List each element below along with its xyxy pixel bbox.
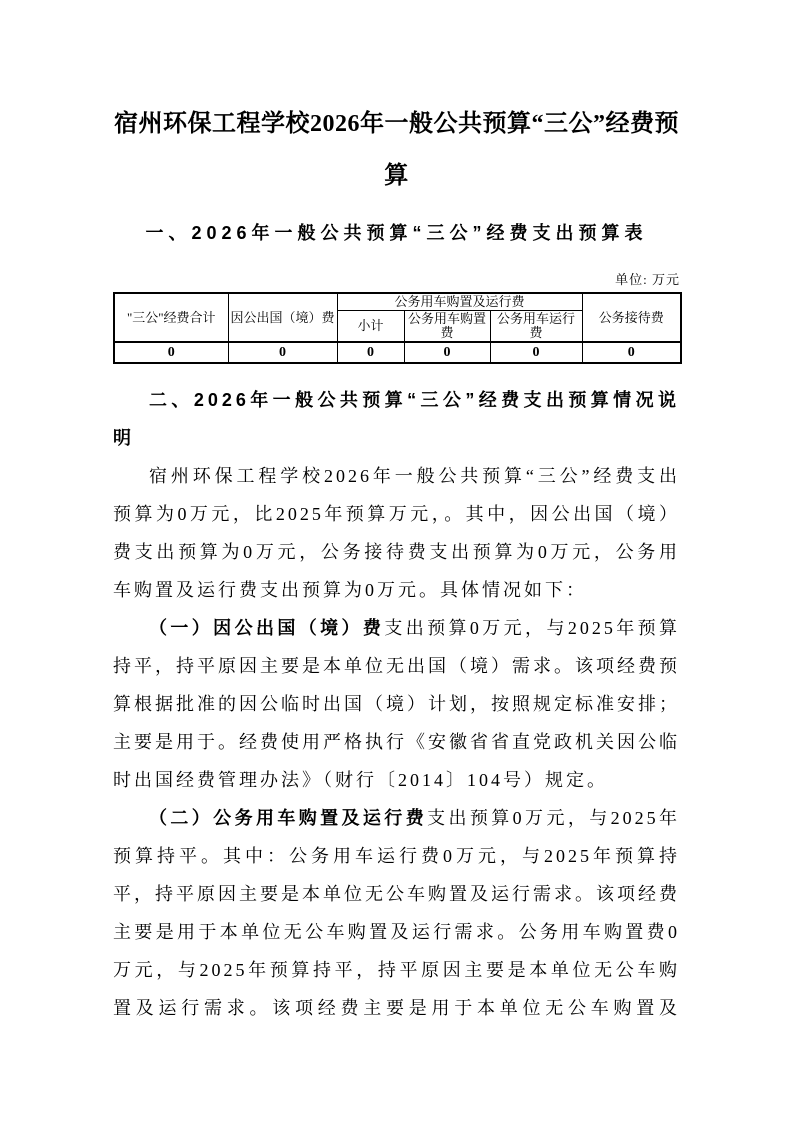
item-two-lead: （二）公务用车购置及运行费	[149, 808, 427, 828]
item-two-text: 支出预算0万元，与2025年预算持平。其中：公务用车运行费0万元，与2025年预…	[113, 808, 680, 1018]
item-one-text: 支出预算0万元，与2025年预算持平，持平原因主要是本单位无出国（境）需求。该项…	[113, 618, 680, 790]
table-data-row: 0 0 0 0 0 0	[114, 342, 681, 363]
document-content: 宿州环保工程学校2026年一般公共预算“三公”经费预算 一、2026年一般公共预…	[113, 98, 680, 1065]
item-two-paragraph: （二）公务用车购置及运行费支出预算0万元，与2025年预算持平。其中：公务用车运…	[113, 799, 680, 1065]
col-header-vehicle-purchase: 公务用车购置费	[404, 311, 490, 343]
value-abroad-fee: 0	[228, 342, 337, 363]
value-sangong-total: 0	[114, 342, 228, 363]
col-header-vehicle-group: 公务用车购置及运行费	[337, 293, 582, 311]
value-vehicle-subtotal: 0	[337, 342, 404, 363]
col-header-vehicle-subtotal: 小计	[337, 311, 404, 343]
item-one-paragraph: （一）因公出国（境）费支出预算0万元，与2025年预算持平，持平原因主要是本单位…	[113, 609, 680, 799]
table-unit-label: 单位: 万元	[113, 272, 680, 288]
item-one-lead: （一）因公出国（境）费	[149, 618, 384, 638]
col-header-abroad-fee: 因公出国（境）费	[228, 293, 337, 342]
document-title: 宿州环保工程学校2026年一般公共预算“三公”经费预算	[113, 98, 680, 202]
budget-table: "三公"经费合计 因公出国（境）费 公务用车购置及运行费 公务接待费 小计 公务…	[113, 292, 682, 364]
value-reception-fee: 0	[582, 342, 681, 363]
section-two-heading: 二、2026年一般公共预算“三公”经费支出预算情况说明	[113, 381, 680, 457]
col-header-sangong-total: "三公"经费合计	[114, 293, 228, 342]
table-header-row-1: "三公"经费合计 因公出国（境）费 公务用车购置及运行费 公务接待费	[114, 293, 681, 311]
value-vehicle-operation: 0	[490, 342, 582, 363]
section-one-heading: 一、2026年一般公共预算“三公”经费支出预算表	[113, 221, 680, 245]
col-header-vehicle-operation: 公务用车运行费	[490, 311, 582, 343]
intro-paragraph: 宿州环保工程学校2026年一般公共预算“三公”经费支出预算为0万元，比2025年…	[113, 457, 680, 609]
col-header-reception-fee: 公务接待费	[582, 293, 681, 342]
value-vehicle-purchase: 0	[404, 342, 490, 363]
document-page: 宿州环保工程学校2026年一般公共预算“三公”经费预算 一、2026年一般公共预…	[0, 0, 793, 1122]
